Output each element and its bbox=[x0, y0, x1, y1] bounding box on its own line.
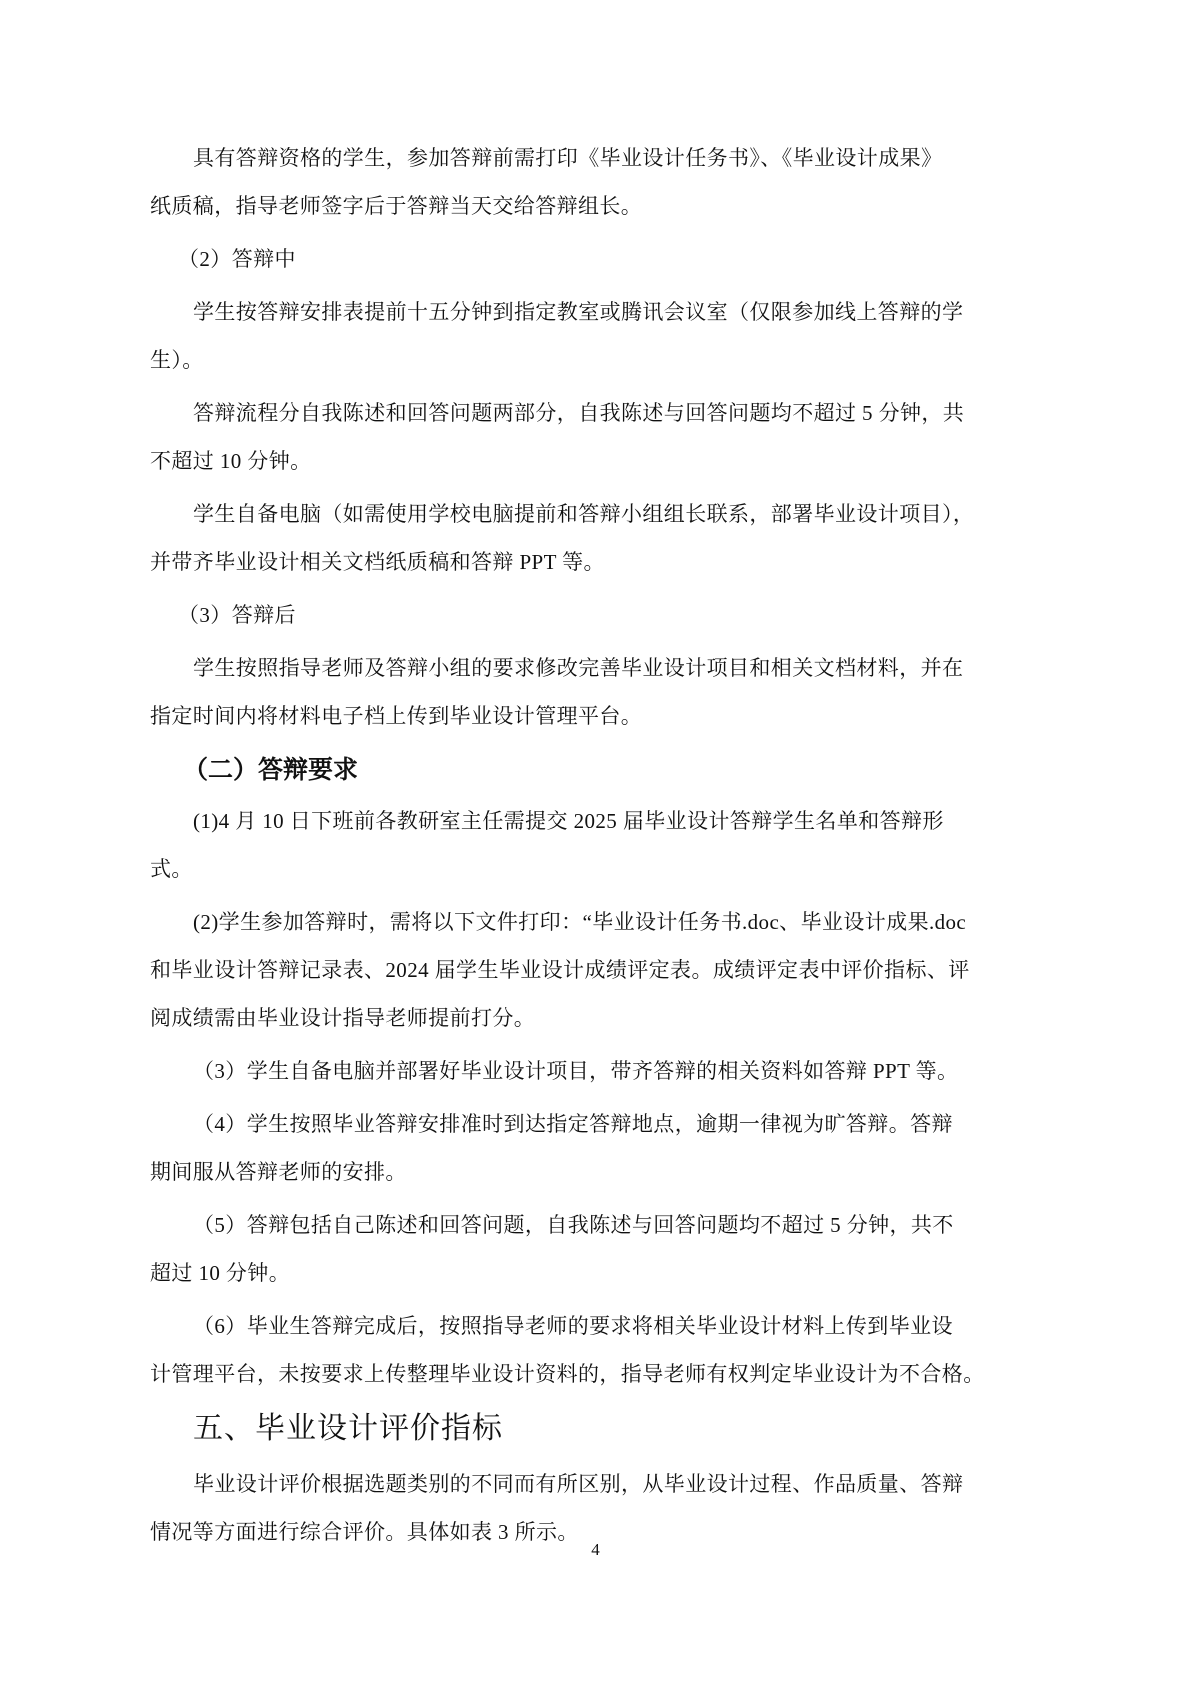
text-line: 超过 10 分钟。 bbox=[150, 1259, 290, 1287]
text-line: （6）毕业生答辩完成后，按照指导老师的要求将相关毕业设计材料上传到毕业设 bbox=[193, 1312, 953, 1340]
text-line: 计管理平台，未按要求上传整理毕业设计资料的，指导老师有权判定毕业设计为不合格。 bbox=[150, 1360, 985, 1388]
section-heading: 五、毕业设计评价指标 bbox=[193, 1410, 503, 1448]
text-line: 毕业设计评价根据选题类别的不同而有所区别，从毕业设计过程、作品质量、答辩 bbox=[193, 1470, 963, 1498]
text-line: 具有答辩资格的学生，参加答辩前需打印《毕业设计任务书》、《毕业设计成果》 bbox=[193, 144, 942, 172]
text-line: 不超过 10 分钟。 bbox=[150, 447, 312, 475]
text-line: （3）答辩后 bbox=[178, 601, 296, 629]
text-line: 学生自备电脑（如需使用学校电脑提前和答辩小组组长联系，部署毕业设计项目）， bbox=[193, 500, 974, 528]
text-line: 阅成绩需由毕业设计指导老师提前打分。 bbox=[150, 1004, 535, 1032]
text-line: (2)学生参加答辩时，需将以下文件打印：“毕业设计任务书.doc、毕业设计成果.… bbox=[193, 908, 966, 936]
text-line: 学生按答辩安排表提前十五分钟到指定教室或腾讯会议室（仅限参加线上答辩的学 bbox=[193, 298, 963, 326]
text-line: (1)4 月 10 日下班前各教研室主任需提交 2025 届毕业设计答辩学生名单… bbox=[193, 807, 944, 835]
text-line: 并带齐毕业设计相关文档纸质稿和答辩 PPT 等。 bbox=[150, 548, 605, 576]
text-line: 学生按照指导老师及答辩小组的要求修改完善毕业设计项目和相关文档材料，并在 bbox=[193, 654, 963, 682]
text-line: 和毕业设计答辩记录表、2024 届学生毕业设计成绩评定表。成绩评定表中评价指标、… bbox=[150, 956, 970, 984]
text-line: 答辩流程分自我陈述和回答问题两部分，自我陈述与回答问题均不超过 5 分钟，共 bbox=[193, 399, 964, 427]
text-line: （4）学生按照毕业答辩安排准时到达指定答辩地点，逾期一律视为旷答辩。答辩 bbox=[193, 1110, 953, 1138]
page-number: 4 bbox=[0, 1540, 1191, 1560]
section-subheading: （二）答辩要求 bbox=[183, 754, 358, 786]
text-line: （2）答辩中 bbox=[178, 245, 296, 273]
text-line: 生）。 bbox=[150, 346, 204, 374]
document-page: 具有答辩资格的学生，参加答辩前需打印《毕业设计任务书》、《毕业设计成果》纸质稿，… bbox=[0, 0, 1191, 1684]
text-line: （3）学生自备电脑并部署好毕业设计项目，带齐答辩的相关资料如答辩 PPT 等。 bbox=[193, 1057, 958, 1085]
text-line: 纸质稿，指导老师签字后于答辩当天交给答辩组长。 bbox=[150, 192, 642, 220]
text-line: 式。 bbox=[150, 855, 193, 883]
text-line: 期间服从答辩老师的安排。 bbox=[150, 1158, 407, 1186]
text-line: 指定时间内将材料电子档上传到毕业设计管理平台。 bbox=[150, 702, 642, 730]
text-line: （5）答辩包括自己陈述和回答问题，自我陈述与回答问题均不超过 5 分钟，共不 bbox=[193, 1211, 954, 1239]
